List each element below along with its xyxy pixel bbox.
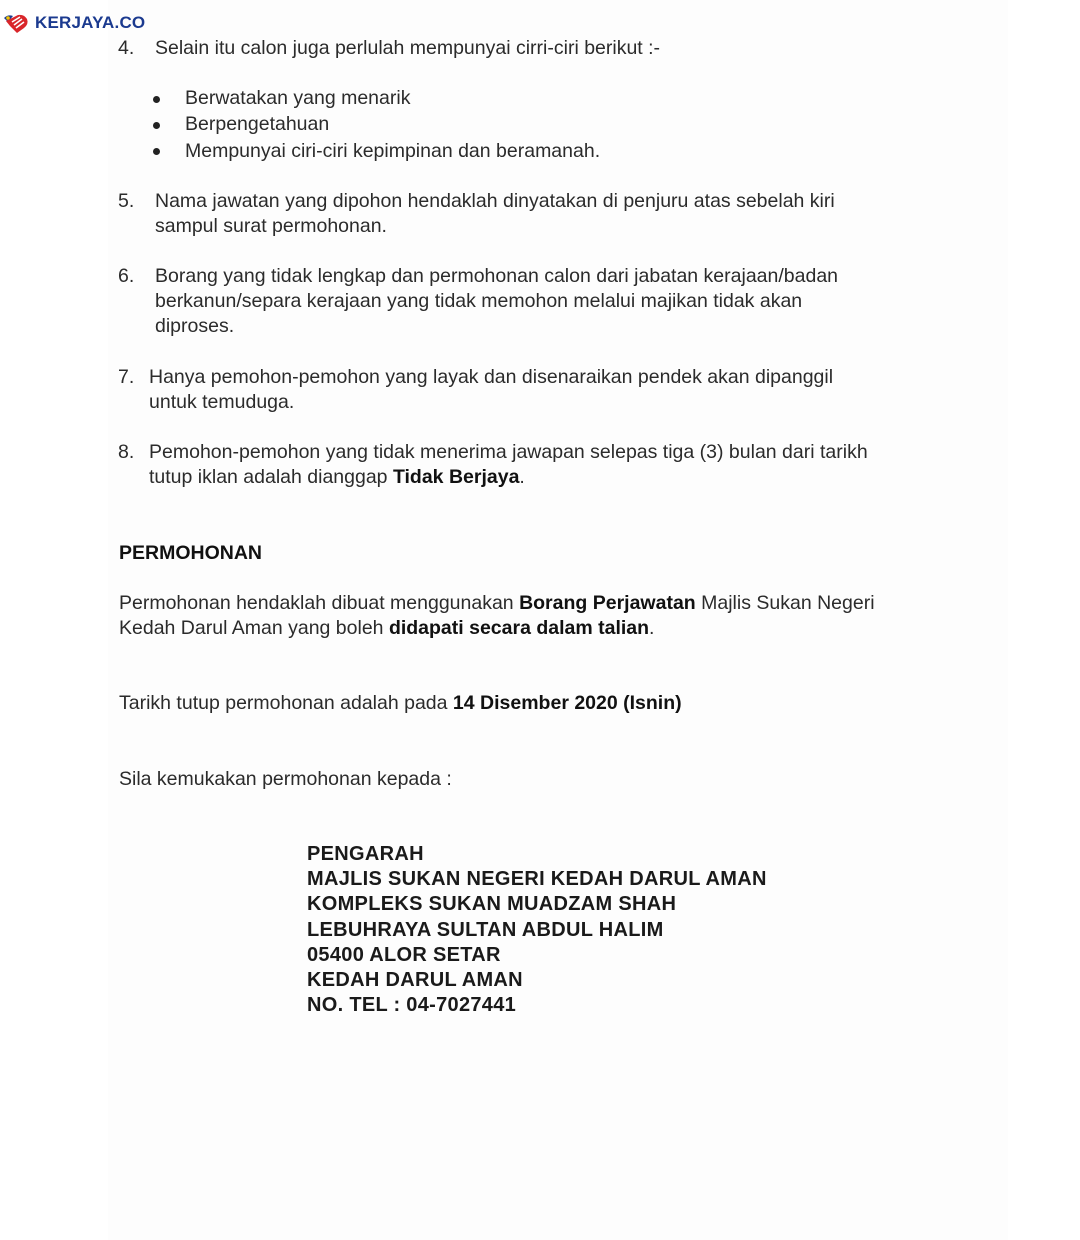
item-number: 4. — [118, 36, 134, 61]
address-line: PENGARAH — [307, 842, 767, 867]
item-text-with-emphasis: tutup iklan adalah dianggap Tidak Berjay… — [149, 465, 525, 490]
malaysia-flag-heart-icon — [2, 12, 32, 34]
bullet-dot — [153, 122, 160, 129]
application-paragraph-line1: Permohonan hendaklah dibuat menggunakan … — [119, 591, 875, 616]
item-text: Borang yang tidak lengkap dan permohonan… — [155, 264, 838, 289]
text-segment: Permohonan hendaklah dibuat menggunakan — [119, 592, 519, 614]
item-number: 6. — [118, 264, 134, 289]
emphasis-text: Tidak Berjaya — [393, 466, 519, 488]
item-text: Hanya pemohon-pemohon yang layak dan dis… — [149, 365, 833, 390]
item-text: diproses. — [155, 314, 234, 339]
item-text: berkanun/separa kerajaan yang tidak memo… — [155, 289, 802, 314]
address-line: MAJLIS SUKAN NEGERI KEDAH DARUL AMAN — [307, 867, 767, 892]
item-text: Pemohon-pemohon yang tidak menerima jawa… — [149, 440, 868, 465]
online-emphasis: didapati secara dalam talian — [389, 617, 649, 639]
address-line: KEDAH DARUL AMAN — [307, 968, 767, 993]
form-name-emphasis: Borang Perjawatan — [519, 592, 696, 614]
phone-number: NO. TEL : 04-7027441 — [307, 993, 767, 1018]
submit-instruction: Sila kemukakan permohonan kepada : — [119, 767, 452, 792]
text-segment: . — [519, 466, 524, 488]
bullet-dot — [153, 148, 160, 155]
bullet-item: Berpengetahuan — [185, 112, 329, 137]
bullet-item: Berwatakan yang menarik — [185, 86, 410, 111]
item-text: Selain itu calon juga perlulah mempunyai… — [155, 36, 660, 61]
text-segment: Majlis Sukan Negeri — [696, 592, 875, 614]
bullet-dot — [153, 96, 160, 103]
application-paragraph-line2: Kedah Darul Aman yang boleh didapati sec… — [119, 616, 654, 641]
item-number: 8. — [118, 440, 134, 465]
item-number: 5. — [118, 189, 134, 214]
item-text: Nama jawatan yang dipohon hendaklah diny… — [155, 189, 835, 214]
text-segment: . — [649, 617, 654, 639]
closing-date-value: 14 Disember 2020 (Isnin) — [453, 692, 682, 714]
section-heading: PERMOHONAN — [119, 541, 262, 566]
item-text: untuk temuduga. — [149, 390, 294, 415]
kerjaya-logo[interactable]: KERJAYA.CO — [2, 12, 145, 34]
bullet-item: Mempunyai ciri-ciri kepimpinan dan beram… — [185, 139, 600, 164]
text-segment: Tarikh tutup permohonan adalah pada — [119, 692, 453, 714]
address-line: KOMPLEKS SUKAN MUADZAM SHAH — [307, 892, 767, 917]
text-segment: tutup iklan adalah dianggap — [149, 466, 393, 488]
address-block: PENGARAH MAJLIS SUKAN NEGERI KEDAH DARUL… — [307, 842, 767, 1018]
closing-date: Tarikh tutup permohonan adalah pada 14 D… — [119, 691, 682, 716]
item-number: 7. — [118, 365, 134, 390]
item-text: sampul surat permohonan. — [155, 214, 387, 239]
brand-name: KERJAYA.CO — [35, 13, 145, 33]
address-line: 05400 ALOR SETAR — [307, 943, 767, 968]
text-segment: Kedah Darul Aman yang boleh — [119, 617, 389, 639]
address-line: LEBUHRAYA SULTAN ABDUL HALIM — [307, 918, 767, 943]
